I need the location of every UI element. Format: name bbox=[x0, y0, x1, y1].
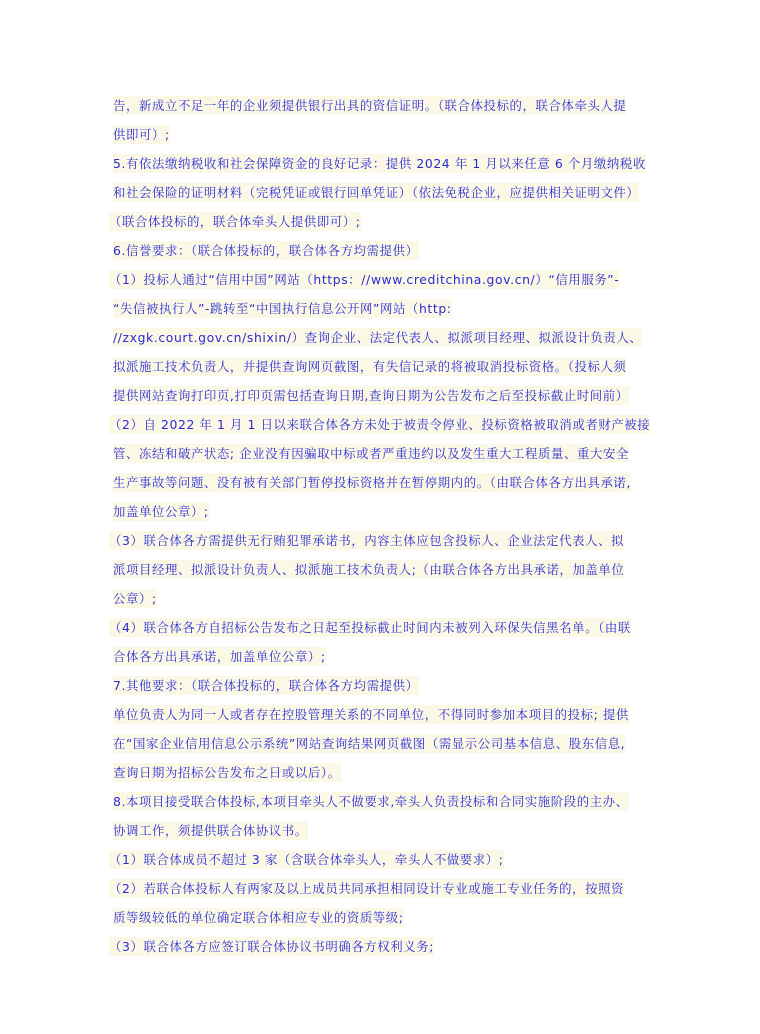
text-line-content: 质等级较低的单位确定联合体相应专业的资质等级; bbox=[113, 908, 404, 927]
text-line: //zxgk.court.gov.cn/shixin/）查询企业、法定代表人、拟… bbox=[113, 323, 658, 352]
text-line-content: 派项目经理、拟派设计负责人、拟派施工技术负责人;（由联合体各方出具承诺，加盖单位 bbox=[113, 560, 624, 579]
text-line: 在“国家企业信用信息公示系统”网站查询结果网页截图（需显示公司基本信息、股东信息… bbox=[113, 729, 658, 758]
text-line-content: （2）自 2022 年 1 月 1 日以来联合体各方未处于被责令停业、投标资格被… bbox=[109, 415, 650, 434]
text-line-content: 管、冻结和破产状态; 企业没有因骗取中标或者严重违约以及发生重大工程质量、重大安… bbox=[113, 444, 629, 463]
text-line-content: 5.有依法缴纳税收和社会保障资金的良好记录：提供 2024 年 1 月以来任意 … bbox=[113, 154, 646, 173]
text-line: 派项目经理、拟派设计负责人、拟派施工技术负责人;（由联合体各方出具承诺，加盖单位 bbox=[113, 555, 658, 584]
text-line-content: //zxgk.court.gov.cn/shixin/）查询企业、法定代表人、拟… bbox=[113, 328, 642, 347]
item-8-1: （1）联合体成员不超过 3 家（含联合体牵头人，牵头人不做要求）; bbox=[109, 845, 658, 874]
text-line-content: （1）联合体成员不超过 3 家（含联合体牵头人，牵头人不做要求）; bbox=[109, 850, 504, 869]
text-line-content: （2）若联合体投标人有两家及以上成员共同承担相同设计专业或施工专业任务的，按照资 bbox=[109, 879, 624, 898]
text-line: 拟派施工技术负责人，并提供查询网页截图，有失信记录的将被取消投标资格。（投标人须 bbox=[113, 352, 658, 381]
text-line: 供即可）; bbox=[113, 120, 658, 149]
section-5-heading: 5.有依法缴纳税收和社会保障资金的良好记录：提供 2024 年 1 月以来任意 … bbox=[113, 149, 658, 178]
text-line-content: 查询日期为招标公告发布之日或以后）。 bbox=[113, 763, 341, 782]
text-line-content: 告，新成立不足一年的企业须提供银行出具的资信证明。（联合体投标的，联合体牵头人提 bbox=[113, 96, 626, 115]
text-line-content: 在“国家企业信用信息公示系统”网站查询结果网页截图（需显示公司基本信息、股东信息… bbox=[113, 734, 625, 753]
text-line-content: （1）投标人通过“信用中国”网站（https：//www.creditchina… bbox=[109, 270, 619, 289]
text-line-content: 公章）; bbox=[113, 589, 157, 608]
text-line: 管、冻结和破产状态; 企业没有因骗取中标或者严重违约以及发生重大工程质量、重大安… bbox=[113, 439, 658, 468]
item-6-3: （3）联合体各方需提供无行贿犯罪承诺书，内容主体应包含投标人、企业法定代表人、拟 bbox=[109, 526, 658, 555]
text-line-content: 6.信誉要求：（联合体投标的，联合体各方均需提供） bbox=[113, 241, 419, 260]
text-line: 单位负责人为同一人或者存在控股管理关系的不同单位，不得同时参加本项目的投标; 提… bbox=[113, 700, 658, 729]
text-line: 生产事故等问题、没有被有关部门暂停投标资格并在暂停期内的。（由联合体各方出具承诺… bbox=[113, 468, 658, 497]
text-line-content: 合体各方出具承诺，加盖单位公章）; bbox=[113, 647, 326, 666]
text-line-content: 生产事故等问题、没有被有关部门暂停投标资格并在暂停期内的。（由联合体各方出具承诺… bbox=[113, 473, 631, 492]
text-line-content: “失信被执行人”-跳转至“中国执行信息公开网”网站（http: bbox=[113, 299, 452, 318]
text-line-content: （联合体投标的，联合体牵头人提供即可）; bbox=[109, 212, 361, 231]
text-line: 加盖单位公章）; bbox=[113, 497, 658, 526]
section-6-heading: 6.信誉要求：（联合体投标的，联合体各方均需提供） bbox=[113, 236, 658, 265]
text-line-content: 8.本项目接受联合体投标,本项目牵头人不做要求,牵头人负责投标和合同实施阶段的主… bbox=[113, 792, 629, 811]
section-7-heading: 7.其他要求：（联合体投标的，联合体各方均需提供） bbox=[113, 671, 658, 700]
item-6-1: （1）投标人通过“信用中国”网站（https：//www.creditchina… bbox=[109, 265, 658, 294]
text-line-content: （3）联合体各方需提供无行贿犯罪承诺书，内容主体应包含投标人、企业法定代表人、拟 bbox=[109, 531, 624, 550]
text-line-content: （4）联合体各方自招标公告发布之日起至投标截止时间内未被列入环保失信黑名单。（由… bbox=[109, 618, 631, 637]
text-line: 查询日期为招标公告发布之日或以后）。 bbox=[113, 758, 658, 787]
text-line: 合体各方出具承诺，加盖单位公章）; bbox=[113, 642, 658, 671]
text-line: 质等级较低的单位确定联合体相应专业的资质等级; bbox=[113, 903, 658, 932]
text-line-content: 加盖单位公章）; bbox=[113, 502, 209, 521]
text-line-content: 提供网站查询打印页,打印页需包括查询日期,查询日期为公告发布之后至投标截止时间前… bbox=[113, 386, 629, 405]
text-line: “失信被执行人”-跳转至“中国执行信息公开网”网站（http: bbox=[113, 294, 658, 323]
item-6-4: （4）联合体各方自招标公告发布之日起至投标截止时间内未被列入环保失信黑名单。（由… bbox=[109, 613, 658, 642]
item-8-2: （2）若联合体投标人有两家及以上成员共同承担相同设计专业或施工专业任务的，按照资 bbox=[109, 874, 658, 903]
text-line: 公章）; bbox=[113, 584, 658, 613]
text-line-content: 协调工作，须提供联合体协议书。 bbox=[113, 821, 308, 840]
text-line-content: 单位负责人为同一人或者存在控股管理关系的不同单位，不得同时参加本项目的投标; 提… bbox=[113, 705, 629, 724]
document-page: 告，新成立不足一年的企业须提供银行出具的资信证明。（联合体投标的，联合体牵头人提… bbox=[113, 91, 658, 961]
text-line-content: 7.其他要求：（联合体投标的，联合体各方均需提供） bbox=[113, 676, 419, 695]
text-line-content: （3）联合体各方应签订联合体协议书明确各方权利义务; bbox=[109, 937, 434, 956]
text-line-content: 拟派施工技术负责人，并提供查询网页截图，有失信记录的将被取消投标资格。（投标人须 bbox=[113, 357, 626, 376]
text-line: 协调工作，须提供联合体协议书。 bbox=[113, 816, 658, 845]
section-8-heading: 8.本项目接受联合体投标,本项目牵头人不做要求,牵头人负责投标和合同实施阶段的主… bbox=[113, 787, 658, 816]
text-line: 告，新成立不足一年的企业须提供银行出具的资信证明。（联合体投标的，联合体牵头人提 bbox=[113, 91, 658, 120]
text-line-content: 供即可）; bbox=[113, 125, 170, 144]
text-line-content: 和社会保险的证明材料（完税凭证或银行回单凭证）（依法免税企业，应提供相关证明文件… bbox=[113, 183, 639, 202]
item-6-2: （2）自 2022 年 1 月 1 日以来联合体各方未处于被责令停业、投标资格被… bbox=[109, 410, 658, 439]
text-line: （联合体投标的，联合体牵头人提供即可）; bbox=[109, 207, 658, 236]
text-line: 和社会保险的证明材料（完税凭证或银行回单凭证）（依法免税企业，应提供相关证明文件… bbox=[113, 178, 658, 207]
text-line: 提供网站查询打印页,打印页需包括查询日期,查询日期为公告发布之后至投标截止时间前… bbox=[113, 381, 658, 410]
item-8-3: （3）联合体各方应签订联合体协议书明确各方权利义务; bbox=[109, 932, 658, 961]
